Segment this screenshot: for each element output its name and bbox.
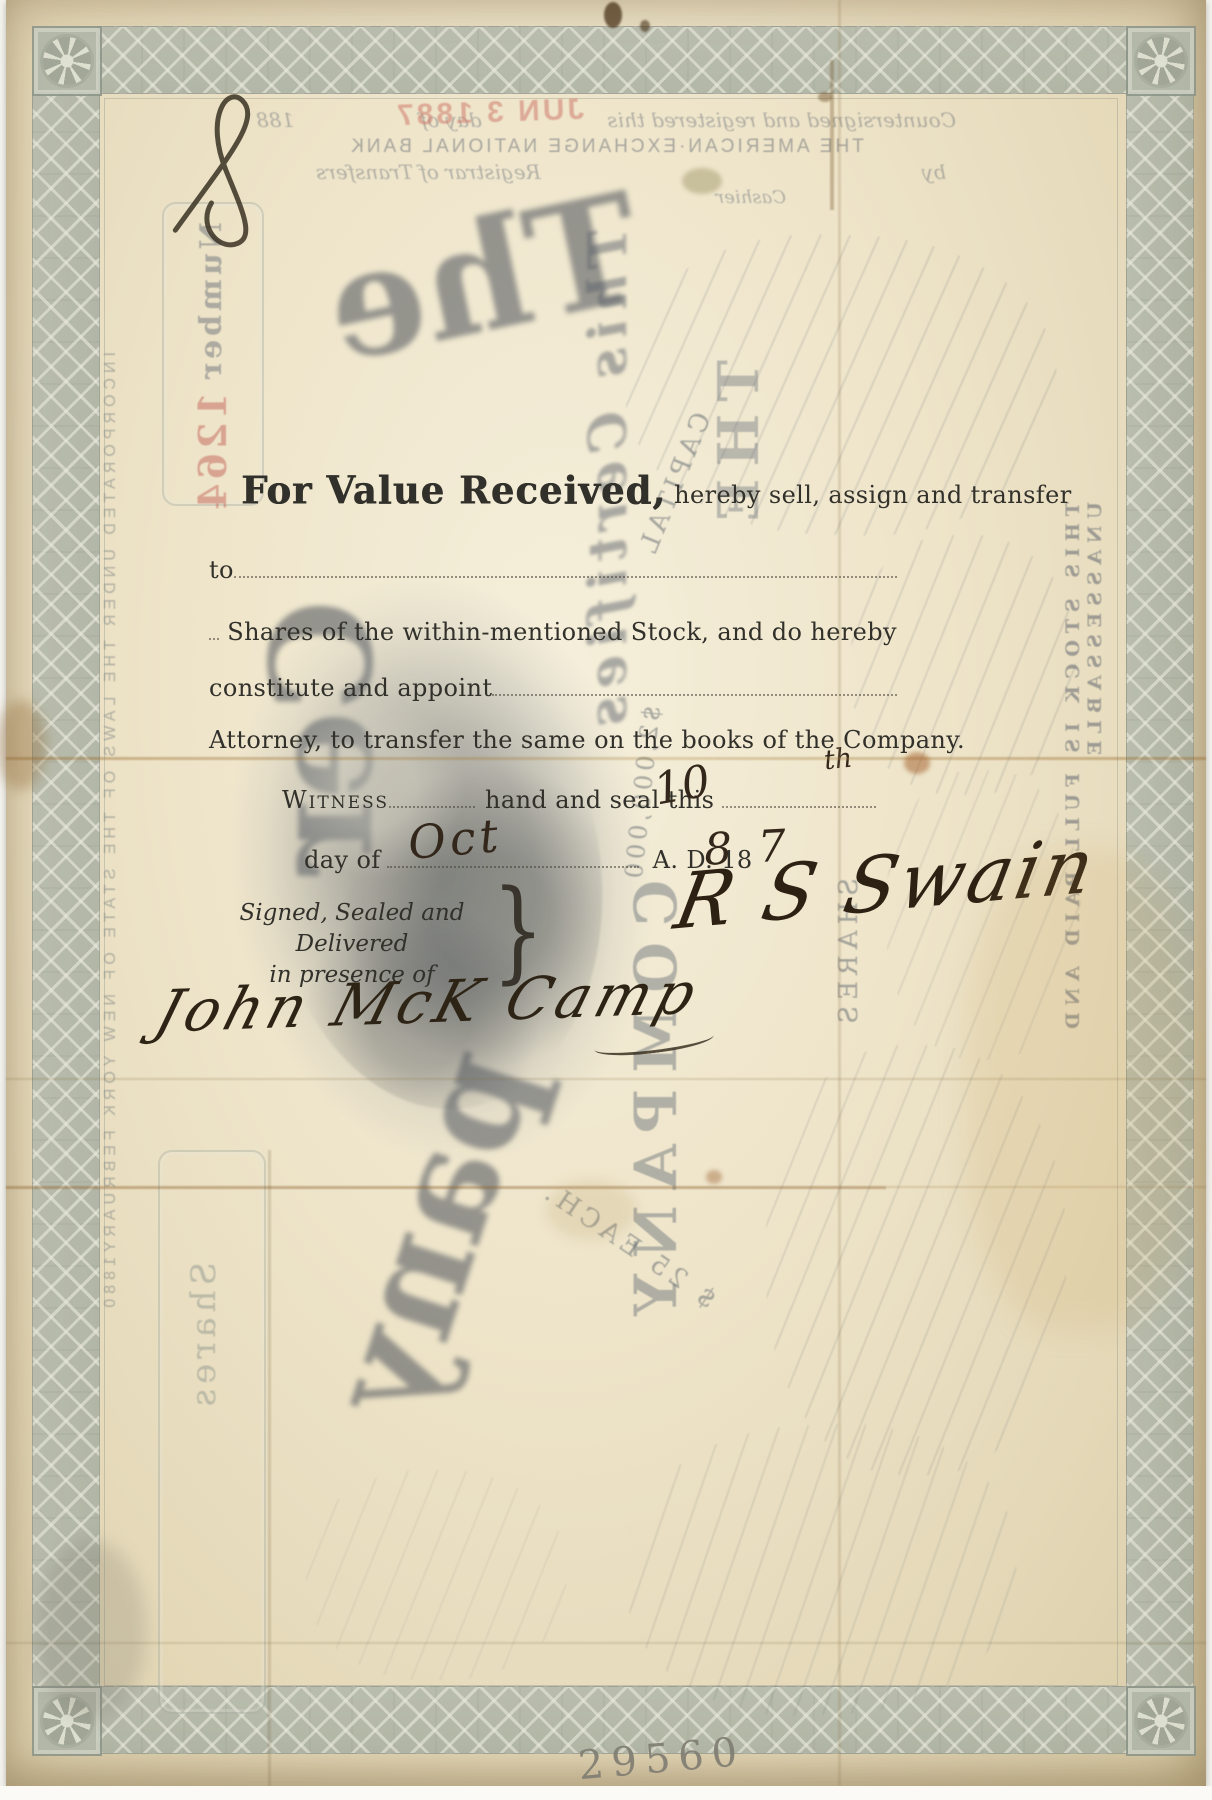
ghost-date-stamp: JUN 3 1887	[393, 93, 584, 134]
corner-smudge	[36, 1540, 146, 1720]
handwritten-day-number: 10	[650, 756, 714, 816]
ink-stain	[604, 2, 622, 28]
ghost-shares-label: Shares	[184, 1262, 224, 1462]
ghost-handwriting-patch	[306, 1470, 566, 1680]
certificate-paper: Countersigned and registered this day of…	[6, 0, 1206, 1786]
shares-line-text: Shares of the within-mentioned Stock, an…	[227, 618, 897, 646]
rust-stain	[904, 752, 930, 774]
ghost-cashier-text: Cashier	[716, 187, 786, 208]
fold-crease-vertical	[838, 0, 841, 1786]
constitute-text: constitute and appoint	[209, 674, 492, 702]
form-line-shares: Shares of the within-mentioned Stock, an…	[209, 614, 897, 646]
handwritten-month: Oct	[406, 808, 504, 870]
ghost-countersign-row1: Countersigned and registered this day of…	[256, 108, 956, 132]
form-line-witness: Witness hand and seal this	[282, 782, 876, 814]
day-of-label: day of	[304, 846, 381, 874]
rust-stain	[706, 1170, 722, 1184]
ghost-left-edge-text: INCORPORATED UNDER THE LAWS OF THE STATE…	[102, 352, 120, 1352]
border-corner-rosette	[32, 26, 102, 96]
sell-assign-text: hereby sell, assign and transfer	[674, 481, 1071, 509]
witness-label: Witness	[282, 786, 389, 814]
for-value-received-text: For Value Received,	[241, 467, 666, 513]
stain	[546, 1180, 636, 1240]
form-line-to: to	[209, 552, 897, 584]
fold-crease	[6, 1642, 1206, 1644]
fold-crease	[6, 757, 1206, 760]
form-line-constitute: constitute and appoint	[209, 670, 897, 702]
ghost-number-value: 1264	[190, 392, 235, 522]
border-band-left	[32, 92, 100, 1688]
fold-crease-vertical	[268, 1150, 271, 1786]
stain	[818, 92, 832, 102]
ghost-countersigned-text: Countersigned and registered this	[607, 108, 956, 132]
attorney-text: Attorney, to transfer the same on the bo…	[209, 726, 965, 754]
blank-line	[209, 614, 219, 640]
border-corner-rosette	[1126, 1686, 1196, 1756]
blank-line	[722, 782, 876, 808]
ghost-bank-row: THE AMERICAN·EXCHANGE NATIONAL BANK	[256, 136, 956, 158]
pen-mark	[145, 78, 297, 264]
signed-sealed-line1: Signed, Sealed and Delivered	[202, 898, 502, 960]
fold-crease	[6, 1186, 886, 1189]
large-stain	[966, 850, 1196, 1330]
ghost-by-label: by	[922, 160, 946, 184]
border-band-top	[98, 26, 1128, 94]
photo-strip	[0, 1786, 1212, 1800]
blank-line	[234, 552, 897, 578]
form-line-value-received: For Value Received, hereby sell, assign …	[241, 468, 897, 512]
border-corner-rosette	[1126, 26, 1196, 96]
fold-crease-vertical	[830, 60, 834, 210]
stain	[682, 168, 722, 194]
ghost-bank-name: THE AMERICAN·EXCHANGE NATIONAL BANK	[348, 136, 864, 157]
blank-line	[492, 670, 897, 696]
rosette-icon	[1137, 37, 1185, 85]
rosette-icon	[1137, 1697, 1185, 1745]
form-line-attorney: Attorney, to transfer the same on the bo…	[209, 726, 897, 754]
to-label: to	[209, 556, 234, 584]
blank-line	[389, 782, 475, 808]
ghost-registrar-text: Registrar of Transfers	[316, 160, 541, 184]
rosette-icon	[43, 37, 91, 85]
ink-stain	[640, 20, 650, 32]
photo-background: { "document": { "kind": "stock certifica…	[0, 0, 1212, 1800]
